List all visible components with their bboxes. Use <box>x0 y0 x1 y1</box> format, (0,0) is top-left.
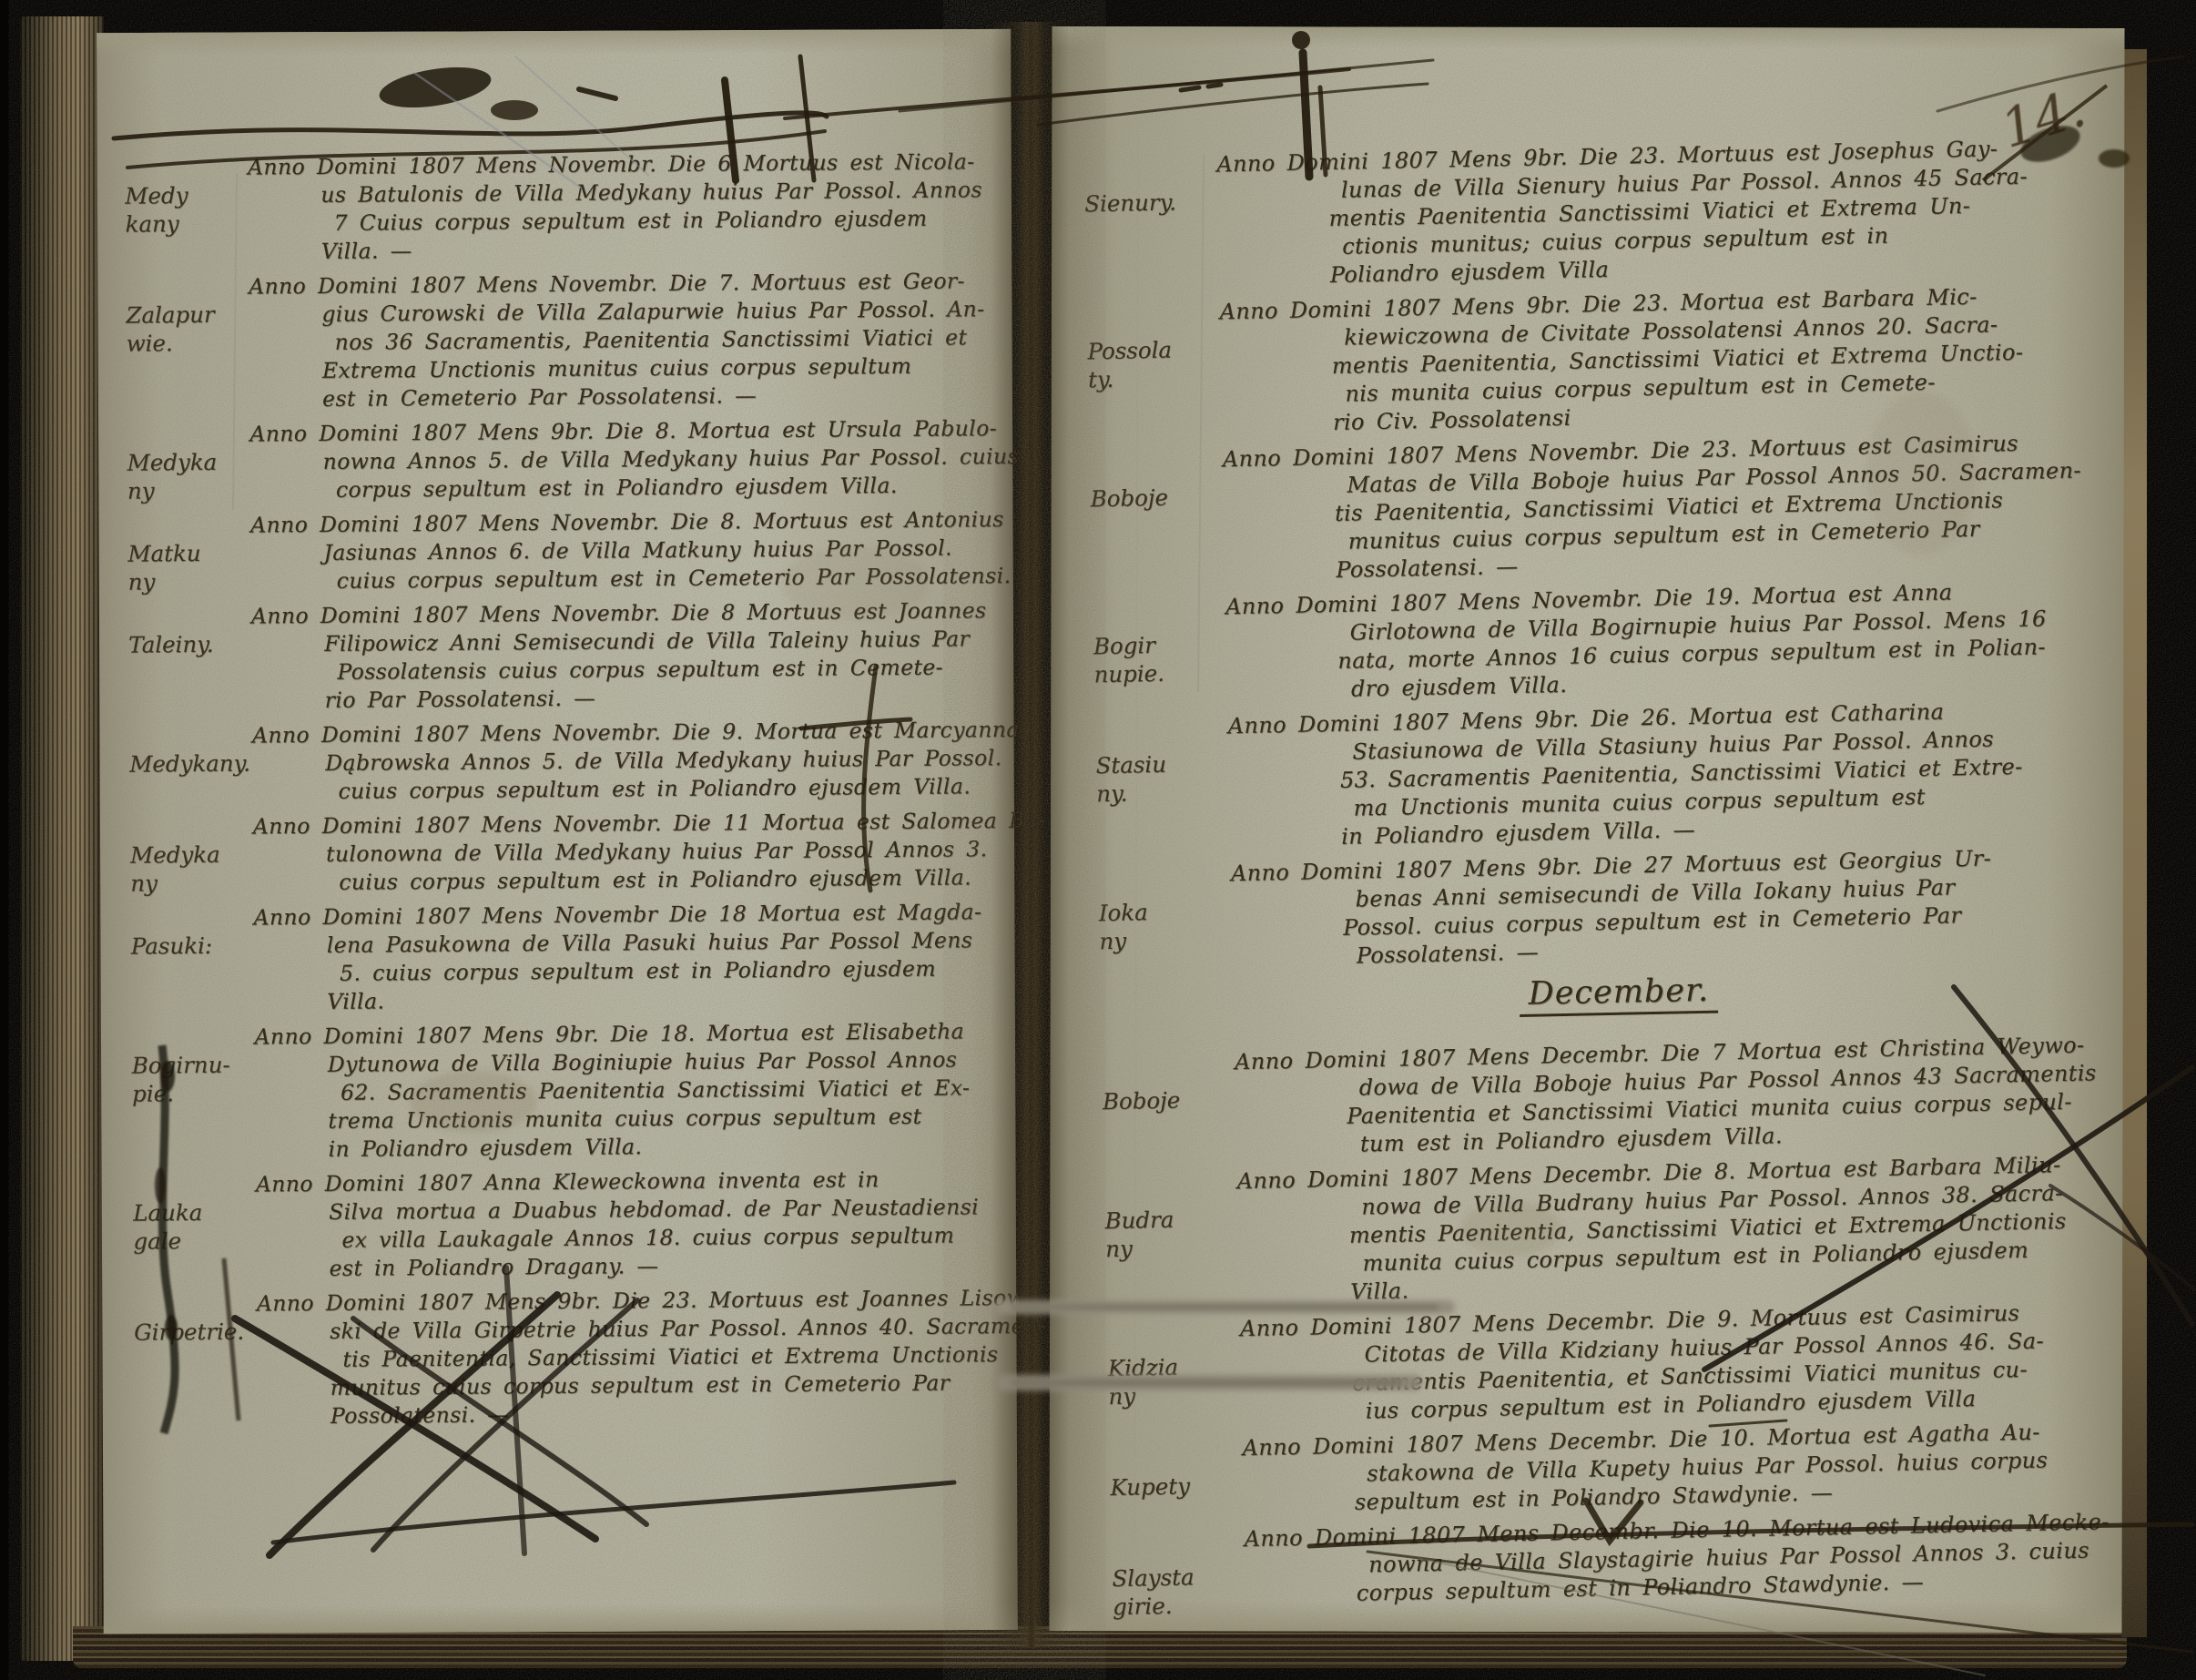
entry-lines: Anno Domini 1807 Mens 9br. Die 27 Mortuu… <box>1342 842 2089 970</box>
margin-place-label: Medy kany <box>125 180 280 238</box>
entry-lines: Anno Domini 1807 Mens Novembr. Die 6 Mor… <box>311 148 955 266</box>
register-entry: Medy kany Anno Domini 1807 Mens Novembr.… <box>311 148 955 266</box>
entry-lines: Anno Domini 1807 Mens Novembr. Die 8. Mo… <box>314 505 958 596</box>
entry-lines: Anno Domini 1807 Mens Decembr. Die 9. Mo… <box>1351 1298 2098 1425</box>
margin-place-label: Medyka ny <box>130 840 285 897</box>
entry-line: trema Unctionis munita cuius corpus sepu… <box>328 1102 961 1135</box>
margin-place-label: Kupety <box>1110 1470 1275 1502</box>
margin-place-label: Taleiny. <box>128 629 283 658</box>
entry-line: Villa. <box>327 983 961 1015</box>
entry-lines: Anno Domini 1807 Mens Novembr. Die 23. M… <box>1334 429 2081 585</box>
register-entry: Girpetrie. Anno Domini 1807 Mens 9br. Di… <box>320 1284 964 1431</box>
margin-place-label: Boboje <box>1103 1084 1267 1116</box>
entry-line: in Poliandro ejusdem Villa. <box>328 1130 961 1163</box>
entry-line: corpus sepultum est in Poliandro ejusdem… <box>336 471 957 504</box>
register-entry: Medyka ny Anno Domini 1807 Mens Novembr.… <box>317 807 961 897</box>
bottom-page-edges <box>73 1626 2127 1668</box>
margin-place-label: Kidzia ny <box>1108 1351 1273 1411</box>
entry-line: cuius corpus sepultum est in Poliandro e… <box>338 772 959 805</box>
register-entry: Medyka ny Anno Domini 1807 Mens 9br. Die… <box>313 414 957 504</box>
entry-line: ex villa Laukagale Annos 18. cuius corpu… <box>341 1221 962 1254</box>
margin-place-label: Bogir nupie. <box>1093 629 1258 689</box>
margin-place-label: Possola ty. <box>1087 334 1252 394</box>
margin-place-label: Girpetrie. <box>134 1317 289 1346</box>
register-book-scan: Medy kany Anno Domini 1807 Mens Novembr.… <box>0 0 2196 1680</box>
margin-place-label: Ioka ny <box>1098 896 1263 956</box>
entry-line: Extrema Unctionis munitus cuius corpus s… <box>322 351 956 384</box>
register-entry: Stasiu ny. Anno Domini 1807 Mens 9br. Di… <box>1338 695 2086 850</box>
entry-lines: Anno Domini 1807 Mens 9br. Die 26. Mortu… <box>1338 695 2086 850</box>
entry-line: cuius corpus sepultum est in Cemeterio P… <box>337 562 958 595</box>
margin-place-label: Bogirnu- pie. <box>132 1050 287 1107</box>
entry-lines: Anno Domini 1807 Mens 9br. Die 8. Mortua… <box>313 414 957 504</box>
december-entries: Boboje Anno Domini 1807 Mens Decembr. Di… <box>1346 1031 2101 1607</box>
left-page-entries: Medy kany Anno Domini 1807 Mens Novembr.… <box>311 148 964 1437</box>
register-entry: Pasuki: Anno Domini 1807 Mens Novembr Di… <box>317 898 961 1016</box>
entry-line: 7 Cuius corpus sepultum est in Poliandro… <box>333 204 954 237</box>
entry-lines: Anno Domini 1807 Mens 9br. Die 18. Mortu… <box>319 1017 962 1164</box>
entry-lines: Anno Domini 1807 Mens Decembr. Die 10. M… <box>1353 1417 2099 1516</box>
entry-lines: Anno Domini 1807 Mens 9br. Die 23. Mortu… <box>320 1284 964 1431</box>
register-entry: Bogirnu- pie. Anno Domini 1807 Mens 9br.… <box>319 1017 962 1164</box>
margin-place-label: Slaysta girie. <box>1112 1561 1276 1621</box>
right-page-entries: Sienury. Anno Domini 1807 Mens 9br. Die … <box>1327 134 2101 1614</box>
entry-lines: Anno Domini 1807 Mens Decembr. Die 7 Mor… <box>1346 1031 2092 1158</box>
register-entry: Matku ny Anno Domini 1807 Mens Novembr. … <box>314 505 958 596</box>
register-entry: Boboje Anno Domini 1807 Mens Decembr. Di… <box>1346 1031 2092 1158</box>
register-entry: Lauka gale Anno Domini 1807 Anna Kleweck… <box>320 1165 963 1283</box>
register-entry: Sienury. Anno Domini 1807 Mens 9br. Die … <box>1327 134 2075 290</box>
entry-lines: Anno Domini 1807 Mens Decembr. Die 10. M… <box>1355 1508 2101 1607</box>
margin-place-label: Medyka ny <box>127 447 282 504</box>
entry-lines: Anno Domini 1807 Mens 9br. Die 23. Mortu… <box>1330 281 2078 437</box>
entry-lines: Anno Domini 1807 Mens Decembr. Die 8. Mo… <box>1347 1150 2095 1306</box>
register-entry: Ioka ny Anno Domini 1807 Mens 9br. Die 2… <box>1342 842 2089 970</box>
fore-edge <box>2121 49 2147 1637</box>
entry-line: Possolatensi. — <box>330 1397 964 1430</box>
register-entry: Boboje Anno Domini 1807 Mens Novembr. Di… <box>1334 429 2081 585</box>
entry-line: cuius corpus sepultum est in Poliandro e… <box>339 863 960 896</box>
entry-line: munitus cuius corpus sepultum est in Cem… <box>330 1369 964 1401</box>
register-entry: Taleiny. Anno Domini 1807 Mens Novembr. … <box>315 596 959 715</box>
margin-place-label: Medykany. <box>129 748 284 778</box>
entry-line: est in Cemeterio Par Possolatensi. — <box>322 380 956 412</box>
entry-lines: Anno Domini 1807 Mens Novembr. Die 7. Mo… <box>312 267 956 413</box>
entry-lines: Anno Domini 1807 Anna Kleweckowna invent… <box>320 1165 963 1283</box>
register-entry: Kupety Anno Domini 1807 Mens Decembr. Di… <box>1353 1417 2099 1516</box>
register-entry: Kidzia ny Anno Domini 1807 Mens Decembr.… <box>1351 1298 2098 1425</box>
margin-place-label: Stasiu ny. <box>1095 748 1260 809</box>
register-entry: Zalapur wie. Anno Domini 1807 Mens Novem… <box>312 267 956 413</box>
entry-line: Villa. — <box>321 232 955 265</box>
register-entry: Bogir nupie. Anno Domini 1807 Mens Novem… <box>1337 575 2083 703</box>
register-entry: Budra ny Anno Domini 1807 Mens Decembr. … <box>1347 1150 2095 1306</box>
entry-lines: Anno Domini 1807 Mens Novembr. Die 9. Mo… <box>316 716 960 806</box>
margin-place-label: Sienury. <box>1084 187 1249 219</box>
entry-line: rio Par Possolatensi. — <box>325 681 959 714</box>
margin-place-label: Budra ny <box>1104 1204 1269 1264</box>
entry-lines: Anno Domini 1807 Mens Novembr. Die 8 Mor… <box>315 596 959 715</box>
entry-lines: Anno Domini 1807 Mens Novembr. Die 19. M… <box>1337 575 2083 703</box>
margin-place-label: Lauka gale <box>133 1197 288 1255</box>
register-entry: Slaysta girie. Anno Domini 1807 Mens Dec… <box>1355 1508 2101 1607</box>
register-entry: Possola ty. Anno Domini 1807 Mens 9br. D… <box>1330 281 2078 437</box>
november-entries: Sienury. Anno Domini 1807 Mens 9br. Die … <box>1327 134 2089 971</box>
margin-place-label: Zalapur wie. <box>126 300 280 357</box>
margin-place-label: Pasuki: <box>131 931 286 960</box>
entry-line: est in Poliandro Dragany. — <box>330 1249 963 1282</box>
entry-line: Possolatensis cuius corpus sepultum est … <box>337 653 958 686</box>
book-gutter <box>991 22 1069 1648</box>
margin-place-label: Matku ny <box>127 538 282 596</box>
book-spine-page-stack <box>20 16 104 1661</box>
entry-lines: Anno Domini 1807 Mens Novembr Die 18 Mor… <box>317 898 961 1016</box>
entry-lines: Anno Domini 1807 Mens Novembr. Die 11 Mo… <box>317 807 961 897</box>
entry-lines: Anno Domini 1807 Mens 9br. Die 23. Mortu… <box>1327 134 2075 290</box>
register-entry: Medykany. Anno Domini 1807 Mens Novembr.… <box>316 716 960 806</box>
month-heading-december: December. <box>1519 972 1718 1017</box>
entry-line: 5. cuius corpus sepultum est in Poliandr… <box>340 954 961 987</box>
margin-place-label: Boboje <box>1090 482 1255 514</box>
